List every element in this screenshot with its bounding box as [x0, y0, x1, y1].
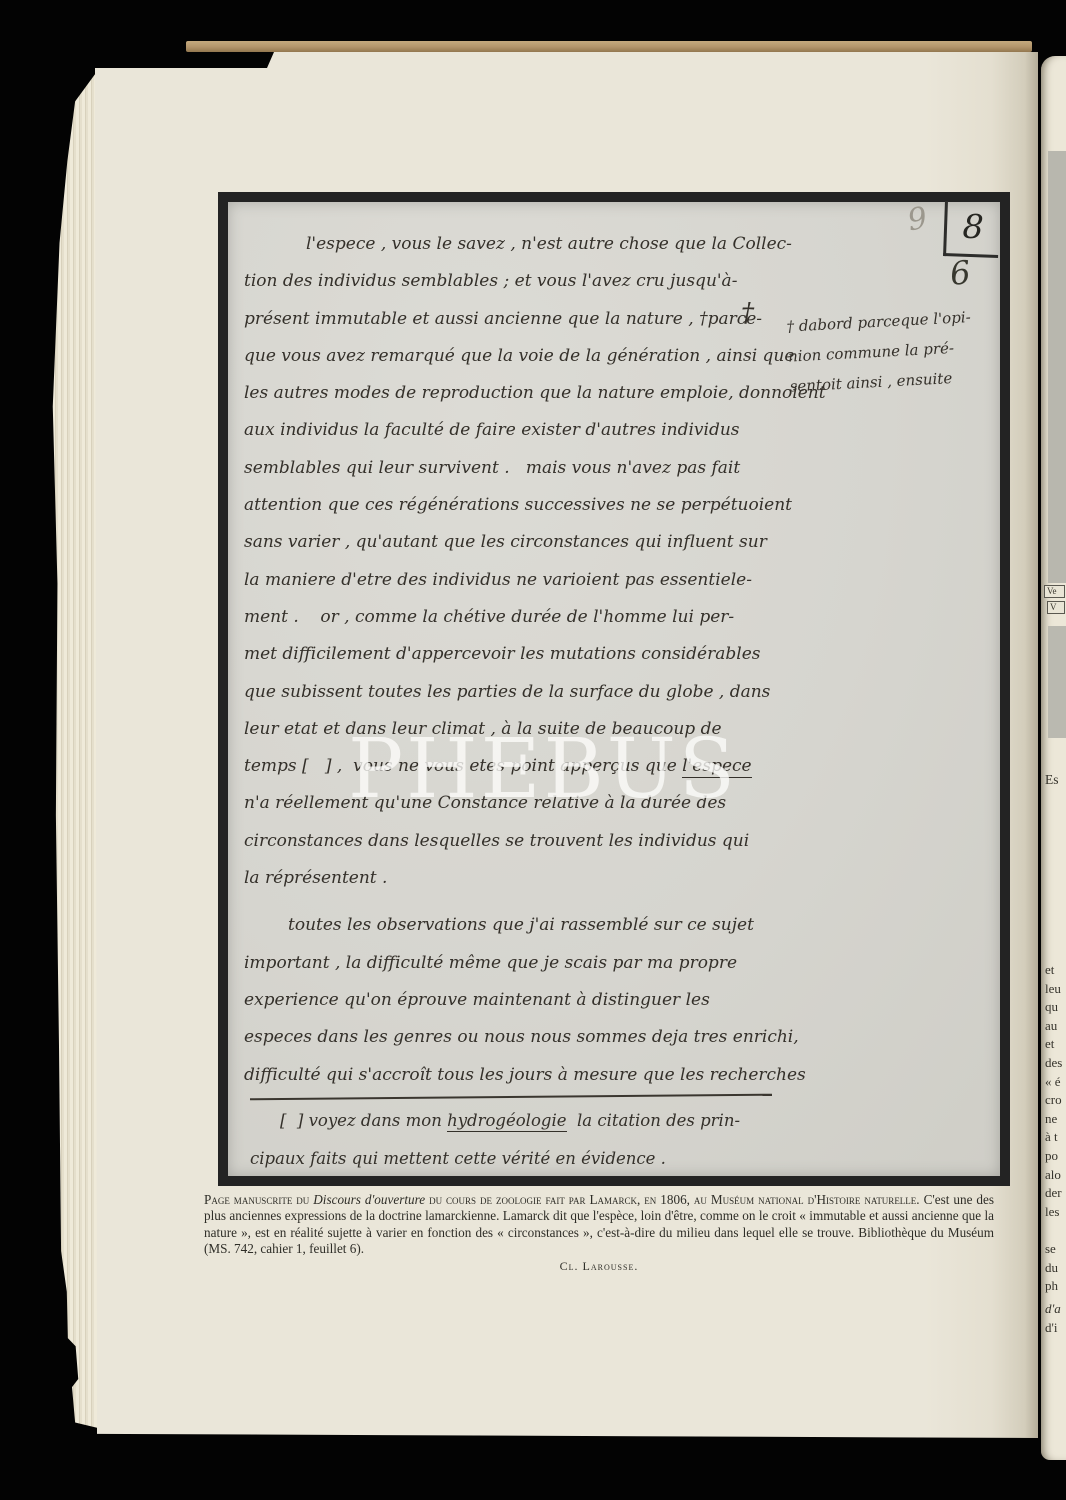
manuscript-line: que vous avez remarqué que la voie de la…	[244, 338, 796, 375]
footnote-text: la citation des prin-	[567, 1111, 741, 1130]
line-text: temps [ ] , vous ne vous etes point appe…	[244, 756, 682, 776]
marginal-annotation: † dabord parceque l'opi- nion commune la…	[786, 300, 1004, 401]
text-fragment: à t	[1045, 1128, 1062, 1147]
adjacent-text-column: et leu qu au et des « é cro ne à t po al…	[1045, 961, 1062, 1221]
text-fragment: et	[1045, 1035, 1062, 1054]
manuscript-line: difficulté qui s'accroît tous les jours …	[244, 1057, 796, 1094]
text-fragment: qu	[1045, 998, 1062, 1017]
text-fragment: au	[1045, 1017, 1062, 1036]
dagger-reference-mark: †	[741, 298, 754, 328]
footnote-line: [ ] voyez dans mon hydrogéologie la cita…	[250, 1102, 790, 1140]
adjacent-illustration-upper	[1048, 151, 1066, 583]
manuscript-line: especes dans les genres ou nous nous som…	[244, 1019, 796, 1056]
manuscript-line: les autres modes de reproduction que la …	[244, 375, 796, 412]
adjacent-text-fragment: Es	[1045, 772, 1059, 788]
manuscript-line: présent immutable et aussi ancienne que …	[244, 301, 796, 338]
caption-smallcaps: du cours de zoologie fait par Lamarck, e…	[425, 1192, 920, 1207]
footnote-text: [ ] voyez dans mon	[280, 1111, 447, 1130]
text-fragment: se	[1045, 1240, 1058, 1259]
manuscript-photograph: 9 8 6 l'espece , vous le savez , n'est a…	[218, 192, 1010, 1186]
manuscript-line: leur etat et dans leur climat , à la sui…	[244, 711, 796, 748]
manuscript-line: sans varier , qu'autant que les circonst…	[244, 524, 796, 561]
footnote-rule	[250, 1094, 772, 1101]
text-fragment: po	[1045, 1147, 1062, 1166]
text-fragment: ph	[1045, 1277, 1058, 1296]
manuscript-line: important , la difficulté même que je sc…	[244, 945, 796, 982]
book-photograph: { "colors":{ "background":"#030303", "pa…	[0, 0, 1066, 1500]
text-fragment: cro	[1045, 1091, 1062, 1110]
text-fragment: du	[1045, 1259, 1058, 1278]
photo-credit: Cl. Larousse.	[204, 1259, 994, 1274]
adjacent-table-cell: V	[1047, 601, 1065, 614]
manuscript-line: attention que ces régénérations successi…	[244, 487, 796, 524]
text-fragment: d'a	[1045, 1300, 1061, 1319]
footnote-line: cipaux faits qui mettent cette vérité en…	[250, 1140, 790, 1178]
manuscript-line: l'espece , vous le savez , n'est autre c…	[244, 226, 796, 263]
adjacent-text-column: se du ph	[1045, 1240, 1058, 1296]
manuscript-line: tion des individus semblables ; et vous …	[244, 263, 796, 300]
adjacent-illustration-lower	[1048, 626, 1066, 738]
manuscript-line: toutes les observations que j'ai rassemb…	[244, 907, 796, 944]
manuscript-line-espece: temps [ ] , vous ne vous etes point appe…	[244, 748, 796, 785]
manuscript-line: circonstances dans lesquelles se trouven…	[244, 823, 796, 860]
photo-caption: Page manuscrite du Discours d'ouverture …	[204, 1192, 994, 1258]
manuscript-line: ment . or , comme la chétive durée de l'…	[244, 599, 796, 636]
manuscript-page: 9 8 6 l'espece , vous le savez , n'est a…	[228, 202, 1000, 1176]
text-fragment: et	[1045, 961, 1062, 980]
underlined-word: l'espece	[682, 756, 751, 778]
manuscript-footnote: [ ] voyez dans mon hydrogéologie la cita…	[250, 1102, 790, 1178]
manuscript-line: n'a réellement qu'une Constance relative…	[244, 785, 796, 822]
manuscript-line: la maniere d'etre des individus ne vario…	[244, 562, 796, 599]
text-fragment: leu	[1045, 980, 1062, 999]
text-fragment: alo	[1045, 1166, 1062, 1185]
book-cover-edge	[186, 41, 1032, 52]
boxed-folio-number: 8	[943, 201, 1000, 258]
text-fragment: der	[1045, 1184, 1062, 1203]
text-fragment: « é	[1045, 1073, 1062, 1092]
manuscript-body-text: l'espece , vous le savez , n'est autre c…	[244, 226, 796, 1094]
folio-number-six: 6	[948, 253, 972, 293]
text-fragment: les	[1045, 1203, 1062, 1222]
text-fragment: d'i	[1045, 1319, 1061, 1338]
manuscript-line: que subissent toutes les parties de la s…	[244, 674, 796, 711]
caption-work-title: Discours d'ouverture	[313, 1192, 425, 1207]
manuscript-line: met difficilement d'appercevoir les muta…	[244, 636, 796, 673]
page-edges-stack	[46, 66, 98, 1428]
underlined-word: hydrogéologie	[447, 1111, 566, 1132]
text-fragment: ne	[1045, 1110, 1062, 1129]
manuscript-line: experience qu'on éprouve maintenant à di…	[244, 982, 796, 1019]
pencil-folio-number: 9	[905, 201, 930, 239]
text-fragment: des	[1045, 1054, 1062, 1073]
adjacent-table-cell: Ve	[1044, 585, 1065, 598]
manuscript-line: aux individus la faculté de faire existe…	[244, 412, 796, 449]
right-page-sliver: Ve V Es et leu qu au et des « é cro ne à…	[1041, 56, 1066, 1460]
manuscript-line: la réprésentent .	[244, 860, 796, 897]
manuscript-line: semblables qui leur survivent . mais vou…	[244, 450, 796, 487]
adjacent-text-column: d'a d'i	[1045, 1300, 1061, 1337]
caption-smallcaps: Page manuscrite du	[204, 1192, 313, 1207]
